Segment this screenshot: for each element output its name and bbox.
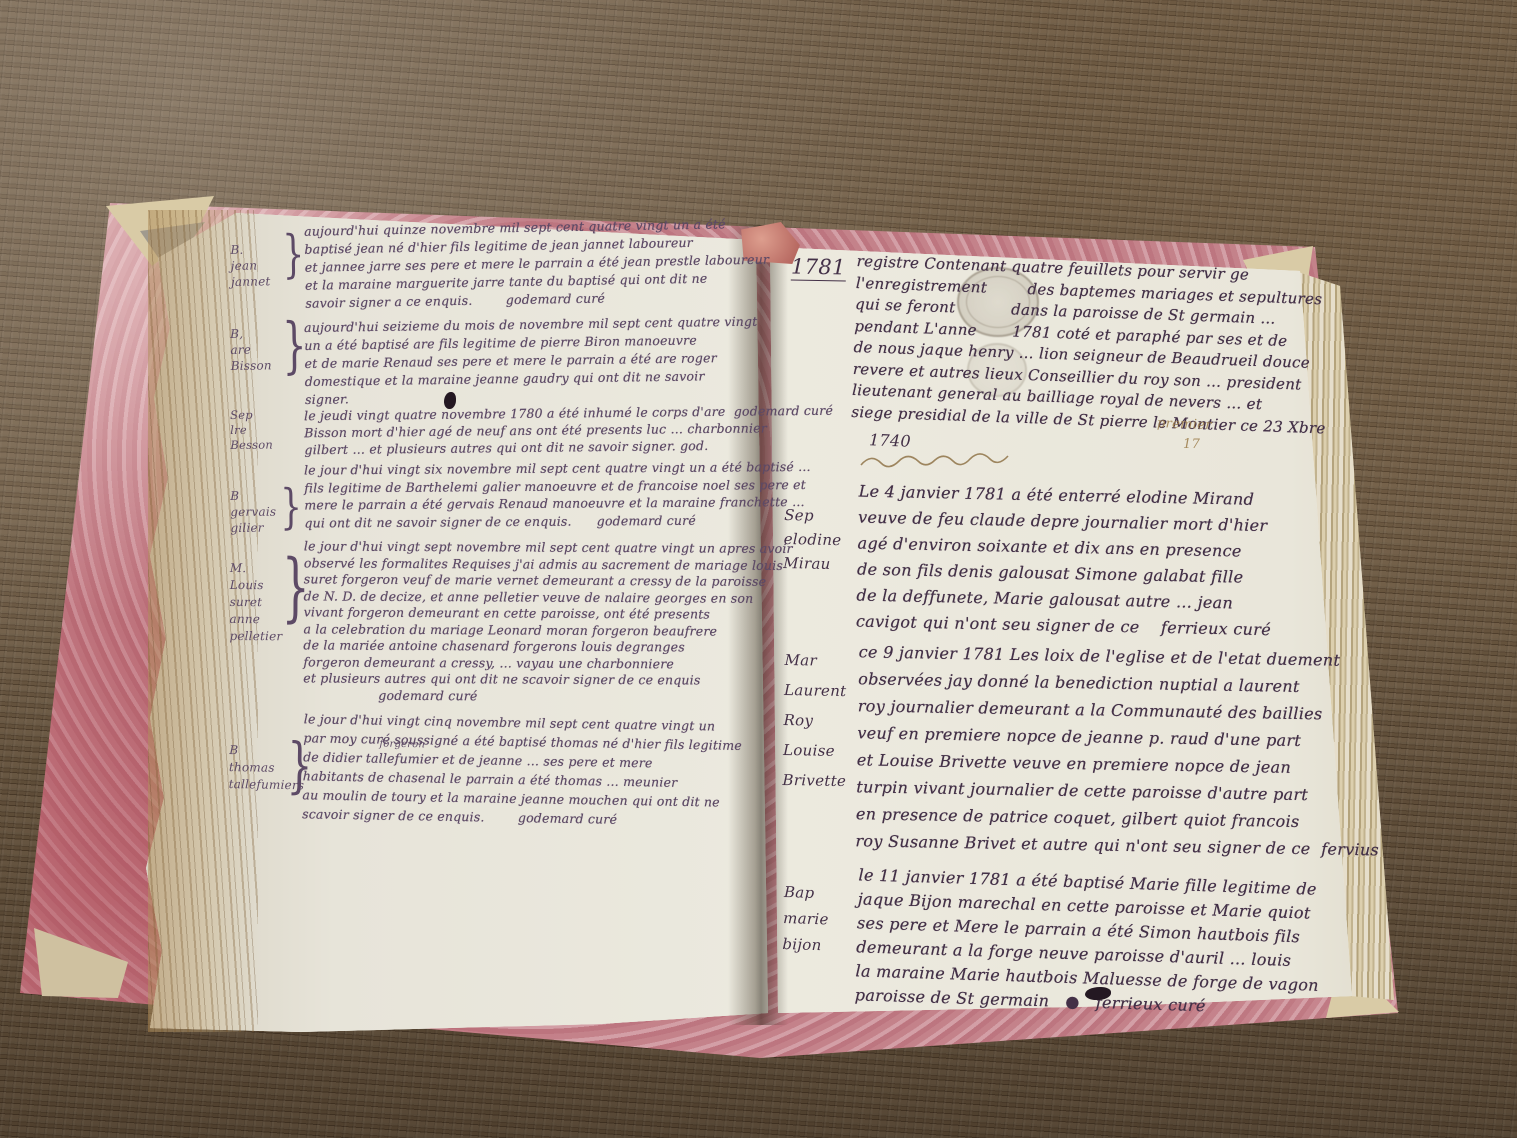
signature-flourish bbox=[859, 451, 1019, 473]
entry-body: aujourd'hui seizieme du mois de novembre… bbox=[304, 313, 759, 409]
entry-line: godemard curé bbox=[303, 687, 792, 706]
margin-note-line: Mirau bbox=[783, 551, 853, 576]
margin-note-line: Roy bbox=[783, 705, 854, 736]
entry-line: vivant forgeron demeurant en cette paroi… bbox=[304, 604, 793, 623]
margin-note-line: Mar bbox=[784, 645, 855, 676]
manuscript-photo: B.jeanjannet } aujourd'hui quinze novemb… bbox=[0, 0, 1517, 1138]
header-footnote: 1740 bbox=[869, 430, 912, 450]
entry-body: aujourd'hui quinze novembre mil sept cen… bbox=[304, 215, 770, 313]
margin-note-line: lre bbox=[230, 422, 300, 438]
entry-body: registre Contenant quatre feuillets pour… bbox=[851, 251, 1331, 439]
year-label: 1781 bbox=[791, 255, 846, 282]
margin-note-line: elodine bbox=[783, 527, 853, 552]
faint-note: 17 bbox=[1183, 437, 1200, 452]
margin-note-line: Sep bbox=[230, 407, 300, 423]
margin-note-line: bijon bbox=[782, 931, 853, 959]
entry-body: le jour d'hui vingt sept novembre mil se… bbox=[303, 538, 793, 706]
entry-line: mere le parrain a été gervais Renaud man… bbox=[304, 493, 811, 514]
margin-note: SepelodineMirau bbox=[783, 503, 854, 576]
entry-line: le jour d'hui vingt sept novembre mil se… bbox=[304, 538, 793, 557]
margin-brace: } bbox=[280, 479, 302, 535]
entry-body: Le 4 janvier 1781 a été enterré elodine … bbox=[856, 479, 1274, 644]
margin-note-line: Laurent bbox=[784, 675, 855, 706]
entry-body: ce 9 janvier 1781 Les loix de l'eglise e… bbox=[855, 638, 1382, 863]
margin-brace: } bbox=[282, 225, 305, 285]
entry-body: le jour d'hui vingt cinq novembre mil se… bbox=[302, 709, 742, 831]
entry-line: qui ont dit ne savoir signer de ce enqui… bbox=[304, 510, 811, 531]
margin-note: SeplreBesson bbox=[230, 407, 300, 453]
margin-note-line: Sep bbox=[784, 503, 854, 528]
margin-note-line: Louise bbox=[783, 735, 854, 766]
margin-note: Bapmariebijon bbox=[782, 879, 854, 959]
left-page-text: B.jeanjannet } aujourd'hui quinze novemb… bbox=[230, 210, 770, 1040]
entry-body: le jour d'hui vingt six novembre mil sep… bbox=[304, 458, 811, 532]
entry-line: de la mariée antoine chasenard forgerons… bbox=[303, 637, 792, 656]
entry-line: suret forgeron veuf de marie vernet deme… bbox=[304, 571, 793, 590]
margin-note-line: Brivette bbox=[782, 765, 853, 796]
entry-body: le jeudi vingt quatre novembre 1780 a ét… bbox=[304, 402, 833, 459]
margin-note: MarLaurentRoyLouiseBrivette bbox=[782, 645, 855, 796]
right-page-text: 1781 registre Contenant quatre feuillets… bbox=[785, 245, 1355, 1035]
entry-line: et plusieurs autres qui ont dit ne scavo… bbox=[303, 670, 792, 689]
faint-note: premier bbox=[1157, 416, 1212, 433]
margin-note-line: Besson bbox=[230, 437, 300, 453]
margin-note-line: Bap bbox=[784, 879, 855, 907]
margin-note-line: marie bbox=[783, 905, 854, 933]
